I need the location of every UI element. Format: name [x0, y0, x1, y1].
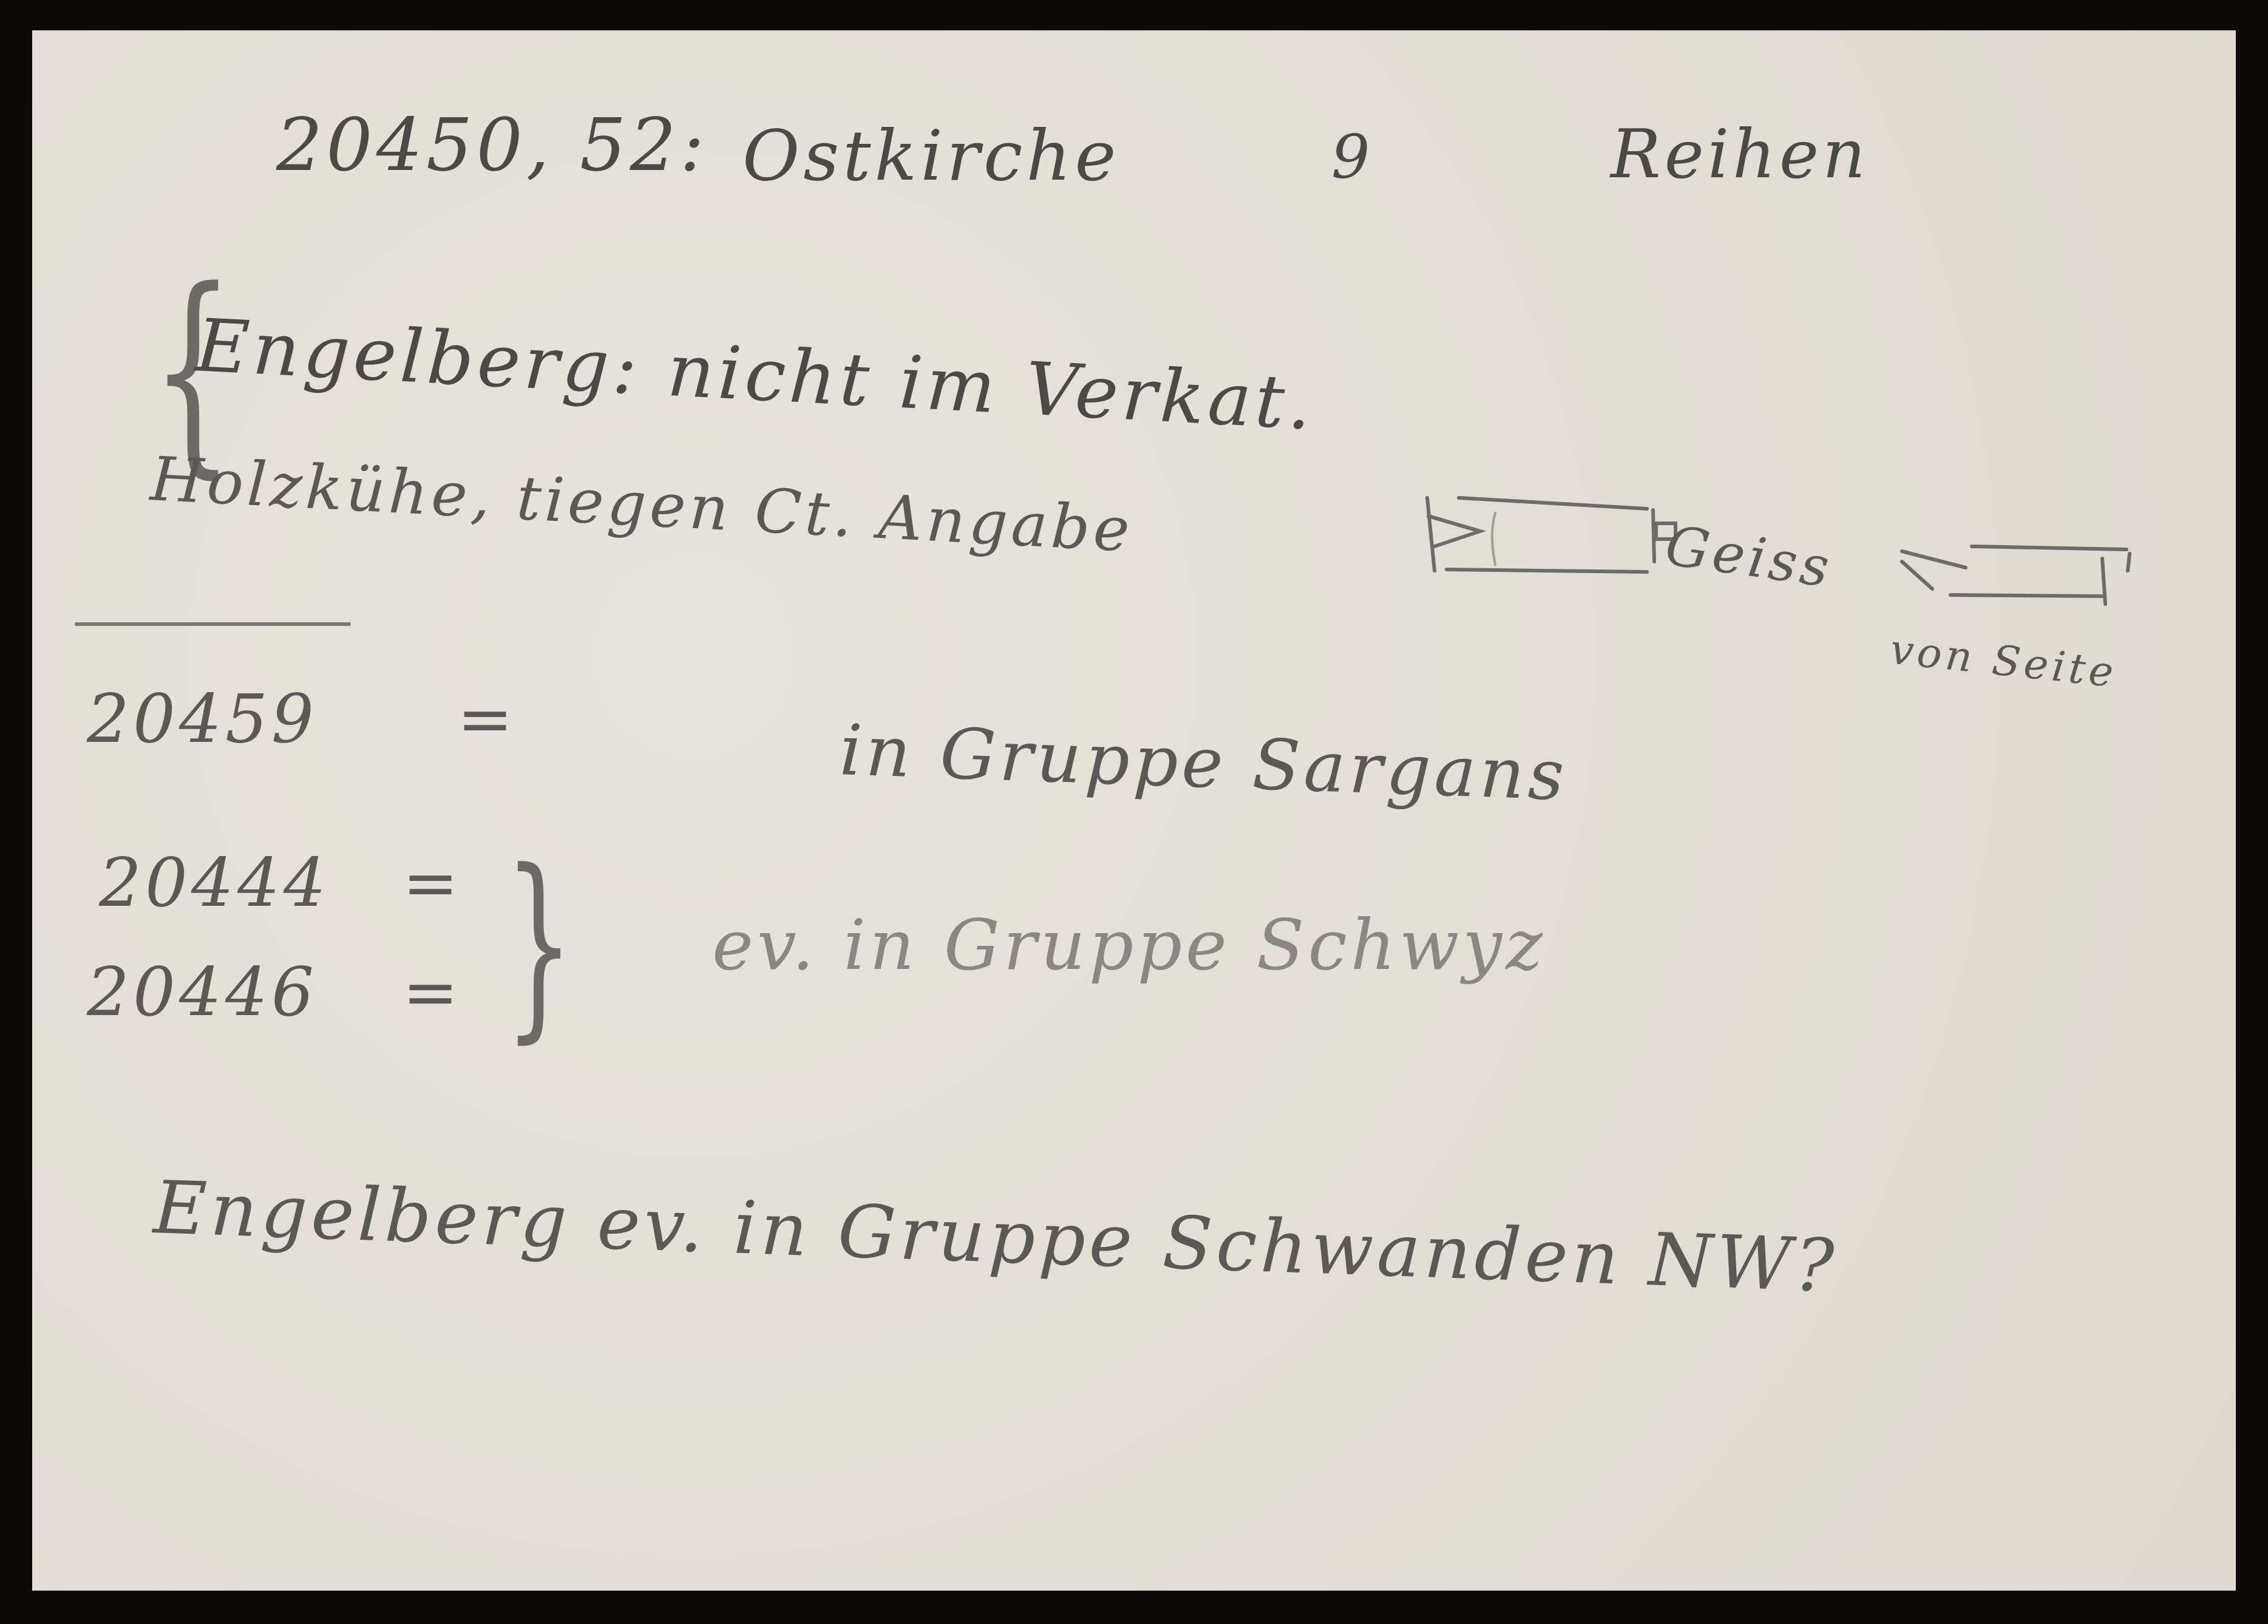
index-card: 20450, 52: Ostkirche 9 Reihen { Engelber…: [32, 30, 2236, 1591]
note-line-b: Holzkühe, tiegen Ct. Angabe: [149, 443, 1135, 566]
entry-number: 20446: [87, 953, 317, 1031]
header-count: 9: [1331, 121, 1374, 192]
right-brace: }: [504, 844, 574, 1044]
sketch-2-label: von Seite: [1888, 626, 2119, 698]
entry-number: 20444: [99, 844, 330, 922]
entry-sign: =: [402, 953, 462, 1031]
header-number: 20450, 52:: [276, 103, 708, 188]
group-note: ev. in Gruppe Schwyz: [712, 905, 1546, 986]
footer-note: Engelberg ev. in Gruppe Schwanden NW?: [152, 1166, 1839, 1309]
entry-sign: =: [402, 844, 462, 922]
note-line-a: Engelberg: nicht im Verkat.: [194, 304, 1317, 446]
entry-text: in Gruppe Sargans: [838, 710, 1569, 817]
header-text: Ostkirche: [742, 115, 1119, 197]
object-sketch-icon: [1422, 498, 1689, 595]
entry-sign: =: [457, 680, 517, 758]
header-unit: Reihen: [1611, 115, 1869, 193]
divider-rule: [75, 622, 351, 626]
side-view-sketch-icon: [1902, 546, 2145, 619]
entry-number: 20459: [87, 680, 317, 758]
